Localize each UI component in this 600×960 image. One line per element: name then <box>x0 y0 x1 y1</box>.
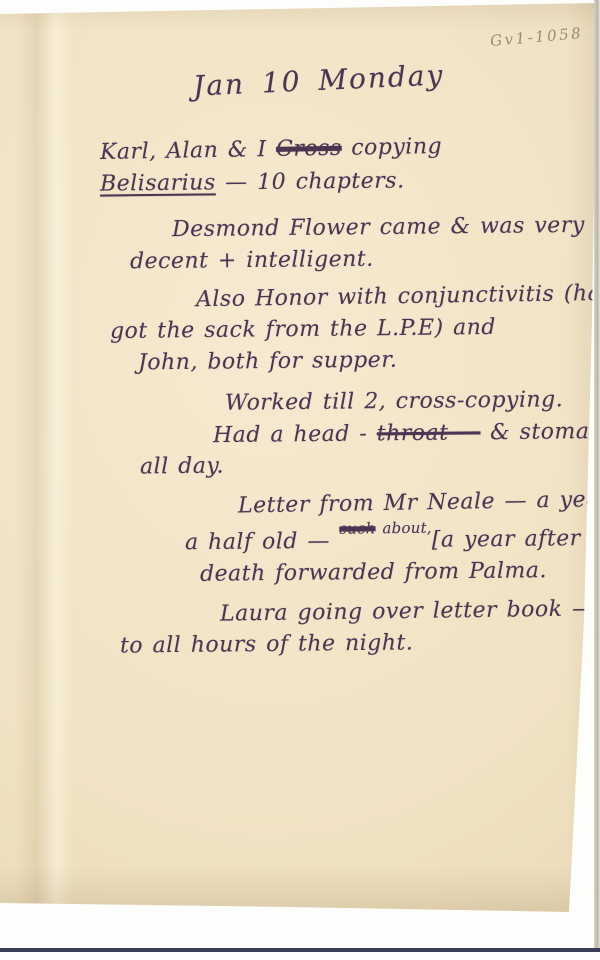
diary-line-belisarius: Belisarius — 10 chapters. <box>100 169 405 196</box>
text-segment: copying <box>342 134 443 161</box>
struck-word: throat — <box>377 420 481 446</box>
diary-line-desmond-1: Desmond Flower came & was very <box>172 214 585 243</box>
diary-line-honor-2: got the sack from the L.P.E) and <box>110 316 496 344</box>
text-segment: — 10 chapters. <box>216 168 405 195</box>
struck-word: Cross <box>276 136 342 162</box>
scan-edge-bottom <box>0 948 600 952</box>
insert-word: about, <box>382 519 431 538</box>
diary-line-neale-3: death forwarded from Palma. <box>200 559 547 587</box>
book-title: Belisarius <box>100 170 216 196</box>
diary-line-head: Had a head - throat — & stomach <box>213 420 600 448</box>
scan-edge-right <box>594 0 600 948</box>
manuscript-page: Gv1-1058 Jan 10 Monday Karl, Alan & I Cr… <box>0 0 600 960</box>
diary-line-honor-3: John, both for supper. <box>138 349 398 376</box>
diary-line-worked: Worked till 2, cross-copying. <box>225 388 563 416</box>
text-segment: & stomach <box>480 419 600 445</box>
diary-line-laura-2: to all hours of the night. <box>120 631 414 658</box>
diary-line-desmond-2: decent + intelligent. <box>130 248 374 275</box>
text-segment: a half old — <box>185 529 340 556</box>
text-segment: Karl, Alan & I <box>100 137 276 165</box>
diary-line-neale-2: a half old — such about,[a year after hi… <box>185 527 600 556</box>
text-segment: [a year after his <box>432 526 600 553</box>
struck-word: such <box>339 519 375 537</box>
inserted-text: such about, <box>339 520 432 537</box>
text-segment: Had a head - <box>213 421 377 448</box>
scanned-diary-photo: Gv1-1058 Jan 10 Monday Karl, Alan & I Cr… <box>0 0 600 960</box>
diary-line-head-cont: all day. <box>140 455 224 480</box>
